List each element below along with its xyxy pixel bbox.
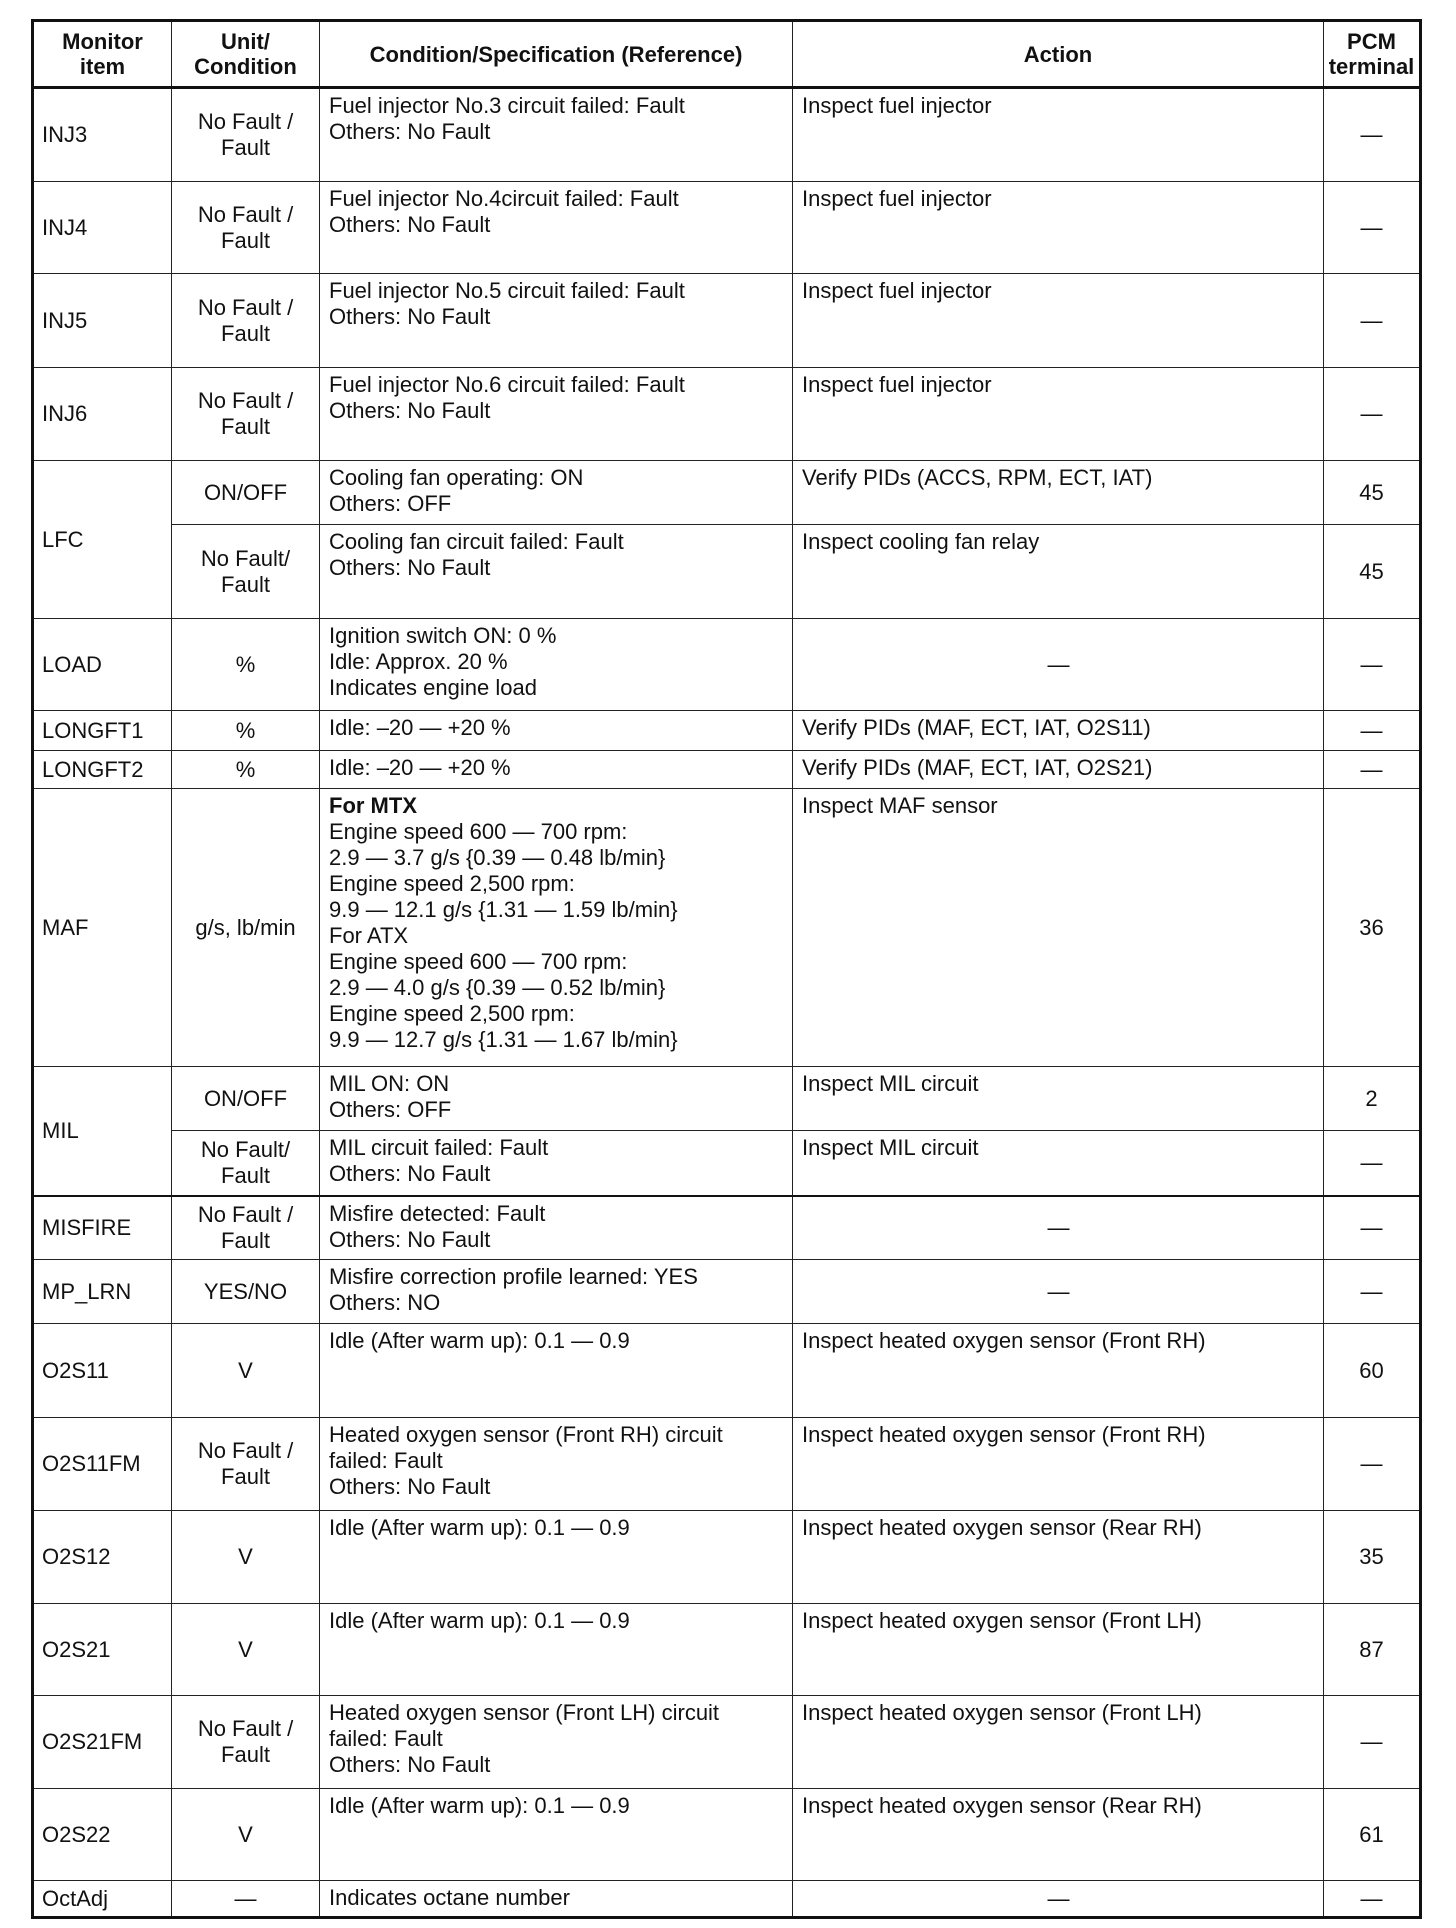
condition-line: 2.9 — 4.0 g/s {0.39 — 0.52 lb/min}	[329, 975, 784, 1001]
monitor-item-cell: O2S11	[33, 1324, 172, 1418]
pcm-terminal-cell: —	[1324, 1196, 1421, 1260]
pcm-terminal-cell: 36	[1324, 789, 1421, 1067]
condition-line: Heated oxygen sensor (Front RH) circuit	[329, 1422, 784, 1448]
condition-line: MIL circuit failed: Fault	[329, 1135, 784, 1161]
unit-condition-cell: V	[172, 1604, 320, 1696]
unit-condition-cell: V	[172, 1324, 320, 1418]
condition-spec-cell: For MTXEngine speed 600 — 700 rpm:2.9 — …	[320, 789, 793, 1067]
table-row: OctAdj—Indicates octane number——	[33, 1881, 1421, 1918]
monitor-spec-table: Monitor item Unit/ Condition Condition/S…	[31, 19, 1422, 1919]
action-cell: Verify PIDs (ACCS, RPM, ECT, IAT)	[793, 461, 1324, 525]
condition-line: Others: No Fault	[329, 212, 784, 238]
monitor-item-cell: O2S22	[33, 1789, 172, 1881]
monitor-item-cell: LFC	[33, 461, 172, 619]
pcm-terminal-cell: —	[1324, 1696, 1421, 1789]
condition-line: For MTX	[329, 793, 784, 819]
pcm-terminal-cell: —	[1324, 1131, 1421, 1196]
condition-line: Others: No Fault	[329, 1752, 784, 1778]
condition-line: Others: No Fault	[329, 1474, 784, 1500]
monitor-item-cell: O2S12	[33, 1511, 172, 1604]
action-cell: —	[793, 619, 1324, 711]
condition-spec-cell: Cooling fan circuit failed: FaultOthers:…	[320, 525, 793, 619]
condition-spec-cell: Idle: –20 — +20 %	[320, 711, 793, 751]
condition-spec-cell: Heated oxygen sensor (Front RH) circuitf…	[320, 1418, 793, 1511]
condition-line: Indicates octane number	[329, 1885, 784, 1911]
condition-line: Cooling fan operating: ON	[329, 465, 784, 491]
table-row: O2S12VIdle (After warm up): 0.1 — 0.9Ins…	[33, 1511, 1421, 1604]
monitor-item-cell: MAF	[33, 789, 172, 1067]
pcm-terminal-cell: —	[1324, 1260, 1421, 1324]
condition-line: Idle: –20 — +20 %	[329, 755, 784, 781]
table-row: No Fault/ FaultMIL circuit failed: Fault…	[33, 1131, 1421, 1196]
condition-line: Others: No Fault	[329, 1161, 784, 1187]
action-cell: Inspect heated oxygen sensor (Front RH)	[793, 1324, 1324, 1418]
condition-line: Idle (After warm up): 0.1 — 0.9	[329, 1608, 784, 1634]
unit-condition-cell: g/s, lb/min	[172, 789, 320, 1067]
unit-condition-cell: ON/OFF	[172, 1067, 320, 1131]
table-row: INJ5No Fault / FaultFuel injector No.5 c…	[33, 274, 1421, 368]
unit-condition-cell: No Fault / Fault	[172, 1196, 320, 1260]
condition-line: failed: Fault	[329, 1726, 784, 1752]
condition-line: Cooling fan circuit failed: Fault	[329, 529, 784, 555]
table-row: INJ4No Fault / FaultFuel injector No.4ci…	[33, 182, 1421, 274]
condition-line: Fuel injector No.6 circuit failed: Fault	[329, 372, 784, 398]
header-condition-spec: Condition/Specification (Reference)	[320, 21, 793, 88]
table-row: LONGFT1%Idle: –20 — +20 %Verify PIDs (MA…	[33, 711, 1421, 751]
condition-spec-cell: Idle (After warm up): 0.1 — 0.9	[320, 1324, 793, 1418]
unit-condition-cell: No Fault / Fault	[172, 368, 320, 461]
table-row: MP_LRNYES/NOMisfire correction profile l…	[33, 1260, 1421, 1324]
condition-spec-cell: Idle (After warm up): 0.1 — 0.9	[320, 1789, 793, 1881]
action-cell: Inspect heated oxygen sensor (Front LH)	[793, 1604, 1324, 1696]
condition-line: Engine speed 2,500 rpm:	[329, 871, 784, 897]
action-cell: Inspect cooling fan relay	[793, 525, 1324, 619]
condition-spec-cell: Idle: –20 — +20 %	[320, 751, 793, 789]
condition-line: MIL ON: ON	[329, 1071, 784, 1097]
pcm-terminal-cell: —	[1324, 182, 1421, 274]
condition-line: Others: NO	[329, 1290, 784, 1316]
action-cell: Verify PIDs (MAF, ECT, IAT, O2S11)	[793, 711, 1324, 751]
action-cell: Inspect fuel injector	[793, 88, 1324, 182]
table-header-row: Monitor item Unit/ Condition Condition/S…	[33, 21, 1421, 88]
condition-line: Others: No Fault	[329, 119, 784, 145]
condition-spec-cell: Fuel injector No.3 circuit failed: Fault…	[320, 88, 793, 182]
pcm-terminal-cell: 87	[1324, 1604, 1421, 1696]
unit-condition-cell: No Fault / Fault	[172, 1418, 320, 1511]
condition-spec-cell: Idle (After warm up): 0.1 — 0.9	[320, 1604, 793, 1696]
condition-spec-cell: MIL circuit failed: FaultOthers: No Faul…	[320, 1131, 793, 1196]
condition-line: failed: Fault	[329, 1448, 784, 1474]
table-row: O2S11FMNo Fault / FaultHeated oxygen sen…	[33, 1418, 1421, 1511]
condition-line: Engine speed 2,500 rpm:	[329, 1001, 784, 1027]
table-row: O2S21FMNo Fault / FaultHeated oxygen sen…	[33, 1696, 1421, 1789]
condition-line: Others: No Fault	[329, 398, 784, 424]
condition-spec-cell: Indicates octane number	[320, 1881, 793, 1918]
pcm-terminal-cell: —	[1324, 1418, 1421, 1511]
unit-condition-cell: No Fault / Fault	[172, 274, 320, 368]
condition-line: Indicates engine load	[329, 675, 784, 701]
condition-spec-cell: Fuel injector No.5 circuit failed: Fault…	[320, 274, 793, 368]
unit-condition-cell: V	[172, 1789, 320, 1881]
monitor-item-cell: O2S21	[33, 1604, 172, 1696]
condition-line: Others: No Fault	[329, 555, 784, 581]
pcm-terminal-cell: —	[1324, 368, 1421, 461]
pcm-terminal-cell: —	[1324, 751, 1421, 789]
condition-spec-cell: Fuel injector No.6 circuit failed: Fault…	[320, 368, 793, 461]
monitor-item-cell: MIL	[33, 1067, 172, 1196]
pcm-terminal-cell: 61	[1324, 1789, 1421, 1881]
condition-line: Engine speed 600 — 700 rpm:	[329, 819, 784, 845]
table-row: MISFIRENo Fault / FaultMisfire detected:…	[33, 1196, 1421, 1260]
condition-line: 2.9 — 3.7 g/s {0.39 — 0.48 lb/min}	[329, 845, 784, 871]
pcm-terminal-cell: 60	[1324, 1324, 1421, 1418]
pcm-terminal-cell: 2	[1324, 1067, 1421, 1131]
condition-spec-cell: Cooling fan operating: ONOthers: OFF	[320, 461, 793, 525]
condition-line: Heated oxygen sensor (Front LH) circuit	[329, 1700, 784, 1726]
monitor-item-cell: INJ5	[33, 274, 172, 368]
monitor-item-cell: INJ6	[33, 368, 172, 461]
pcm-terminal-cell: —	[1324, 1881, 1421, 1918]
action-cell: Inspect MIL circuit	[793, 1067, 1324, 1131]
condition-line: Others: OFF	[329, 491, 784, 517]
pcm-terminal-cell: —	[1324, 711, 1421, 751]
unit-condition-cell: No Fault / Fault	[172, 1696, 320, 1789]
monitor-item-cell: LOAD	[33, 619, 172, 711]
table-row: MAFg/s, lb/minFor MTXEngine speed 600 — …	[33, 789, 1421, 1067]
monitor-item-cell: O2S21FM	[33, 1696, 172, 1789]
condition-spec-cell: Idle (After warm up): 0.1 — 0.9	[320, 1511, 793, 1604]
condition-spec-cell: Ignition switch ON: 0 %Idle: Approx. 20 …	[320, 619, 793, 711]
pcm-terminal-cell: —	[1324, 274, 1421, 368]
condition-line: Idle: –20 — +20 %	[329, 715, 784, 741]
condition-line: Engine speed 600 — 700 rpm:	[329, 949, 784, 975]
unit-condition-cell: No Fault/ Fault	[172, 1131, 320, 1196]
monitor-item-cell: INJ4	[33, 182, 172, 274]
action-cell: Inspect fuel injector	[793, 368, 1324, 461]
unit-condition-cell: No Fault / Fault	[172, 88, 320, 182]
condition-spec-cell: Misfire detected: FaultOthers: No Fault	[320, 1196, 793, 1260]
condition-line: 9.9 — 12.1 g/s {1.31 — 1.59 lb/min}	[329, 897, 784, 923]
condition-line: Fuel injector No.5 circuit failed: Fault	[329, 278, 784, 304]
condition-line: Ignition switch ON: 0 %	[329, 623, 784, 649]
table-row: No Fault/ FaultCooling fan circuit faile…	[33, 525, 1421, 619]
table-row: O2S22VIdle (After warm up): 0.1 — 0.9Ins…	[33, 1789, 1421, 1881]
condition-line: Fuel injector No.4circuit failed: Fault	[329, 186, 784, 212]
header-monitor-item: Monitor item	[33, 21, 172, 88]
table-row: LONGFT2%Idle: –20 — +20 %Verify PIDs (MA…	[33, 751, 1421, 789]
condition-line: Others: No Fault	[329, 304, 784, 330]
monitor-item-cell: OctAdj	[33, 1881, 172, 1918]
condition-line: For ATX	[329, 923, 784, 949]
table-body: INJ3No Fault / FaultFuel injector No.3 c…	[33, 88, 1421, 1918]
header-action: Action	[793, 21, 1324, 88]
action-cell: —	[793, 1260, 1324, 1324]
condition-line: 9.9 — 12.7 g/s {1.31 — 1.67 lb/min}	[329, 1027, 784, 1053]
unit-condition-cell: V	[172, 1511, 320, 1604]
condition-line: Idle (After warm up): 0.1 — 0.9	[329, 1793, 784, 1819]
condition-line: Others: OFF	[329, 1097, 784, 1123]
condition-line: Idle (After warm up): 0.1 — 0.9	[329, 1328, 784, 1354]
table-row: LOAD%Ignition switch ON: 0 %Idle: Approx…	[33, 619, 1421, 711]
condition-line: Misfire correction profile learned: YES	[329, 1264, 784, 1290]
action-cell: Inspect heated oxygen sensor (Rear RH)	[793, 1789, 1324, 1881]
condition-line: Others: No Fault	[329, 1227, 784, 1253]
header-pcm-terminal: PCM terminal	[1324, 21, 1421, 88]
action-cell: Inspect fuel injector	[793, 182, 1324, 274]
pcm-terminal-cell: 35	[1324, 1511, 1421, 1604]
unit-condition-cell: YES/NO	[172, 1260, 320, 1324]
action-cell: Inspect heated oxygen sensor (Rear RH)	[793, 1511, 1324, 1604]
pcm-terminal-cell: 45	[1324, 525, 1421, 619]
table-row: INJ3No Fault / FaultFuel injector No.3 c…	[33, 88, 1421, 182]
monitor-item-cell: MP_LRN	[33, 1260, 172, 1324]
action-cell: Inspect heated oxygen sensor (Front LH)	[793, 1696, 1324, 1789]
monitor-item-cell: MISFIRE	[33, 1196, 172, 1260]
pcm-terminal-cell: —	[1324, 88, 1421, 182]
action-cell: —	[793, 1196, 1324, 1260]
monitor-item-cell: LONGFT1	[33, 711, 172, 751]
unit-condition-cell: %	[172, 751, 320, 789]
action-cell: Inspect MAF sensor	[793, 789, 1324, 1067]
unit-condition-cell: No Fault/ Fault	[172, 525, 320, 619]
table-row: MILON/OFFMIL ON: ONOthers: OFFInspect MI…	[33, 1067, 1421, 1131]
action-cell: Inspect fuel injector	[793, 274, 1324, 368]
action-cell: Inspect heated oxygen sensor (Front RH)	[793, 1418, 1324, 1511]
header-unit-condition: Unit/ Condition	[172, 21, 320, 88]
monitor-item-cell: INJ3	[33, 88, 172, 182]
pcm-terminal-cell: 45	[1324, 461, 1421, 525]
unit-condition-cell: %	[172, 711, 320, 751]
pcm-terminal-cell: —	[1324, 619, 1421, 711]
table-row: LFCON/OFFCooling fan operating: ONOthers…	[33, 461, 1421, 525]
unit-condition-cell: ON/OFF	[172, 461, 320, 525]
table-row: INJ6No Fault / FaultFuel injector No.6 c…	[33, 368, 1421, 461]
condition-line: Fuel injector No.3 circuit failed: Fault	[329, 93, 784, 119]
monitor-item-cell: LONGFT2	[33, 751, 172, 789]
condition-spec-cell: Misfire correction profile learned: YESO…	[320, 1260, 793, 1324]
condition-spec-cell: Heated oxygen sensor (Front LH) circuitf…	[320, 1696, 793, 1789]
unit-condition-cell: %	[172, 619, 320, 711]
condition-spec-cell: MIL ON: ONOthers: OFF	[320, 1067, 793, 1131]
table-row: O2S11VIdle (After warm up): 0.1 — 0.9Ins…	[33, 1324, 1421, 1418]
action-cell: Inspect MIL circuit	[793, 1131, 1324, 1196]
action-cell: —	[793, 1881, 1324, 1918]
condition-spec-cell: Fuel injector No.4circuit failed: FaultO…	[320, 182, 793, 274]
unit-condition-cell: —	[172, 1881, 320, 1918]
action-cell: Verify PIDs (MAF, ECT, IAT, O2S21)	[793, 751, 1324, 789]
condition-line: Idle: Approx. 20 %	[329, 649, 784, 675]
condition-line: Idle (After warm up): 0.1 — 0.9	[329, 1515, 784, 1541]
table-row: O2S21VIdle (After warm up): 0.1 — 0.9Ins…	[33, 1604, 1421, 1696]
condition-line: Misfire detected: Fault	[329, 1201, 784, 1227]
monitor-item-cell: O2S11FM	[33, 1418, 172, 1511]
unit-condition-cell: No Fault / Fault	[172, 182, 320, 274]
